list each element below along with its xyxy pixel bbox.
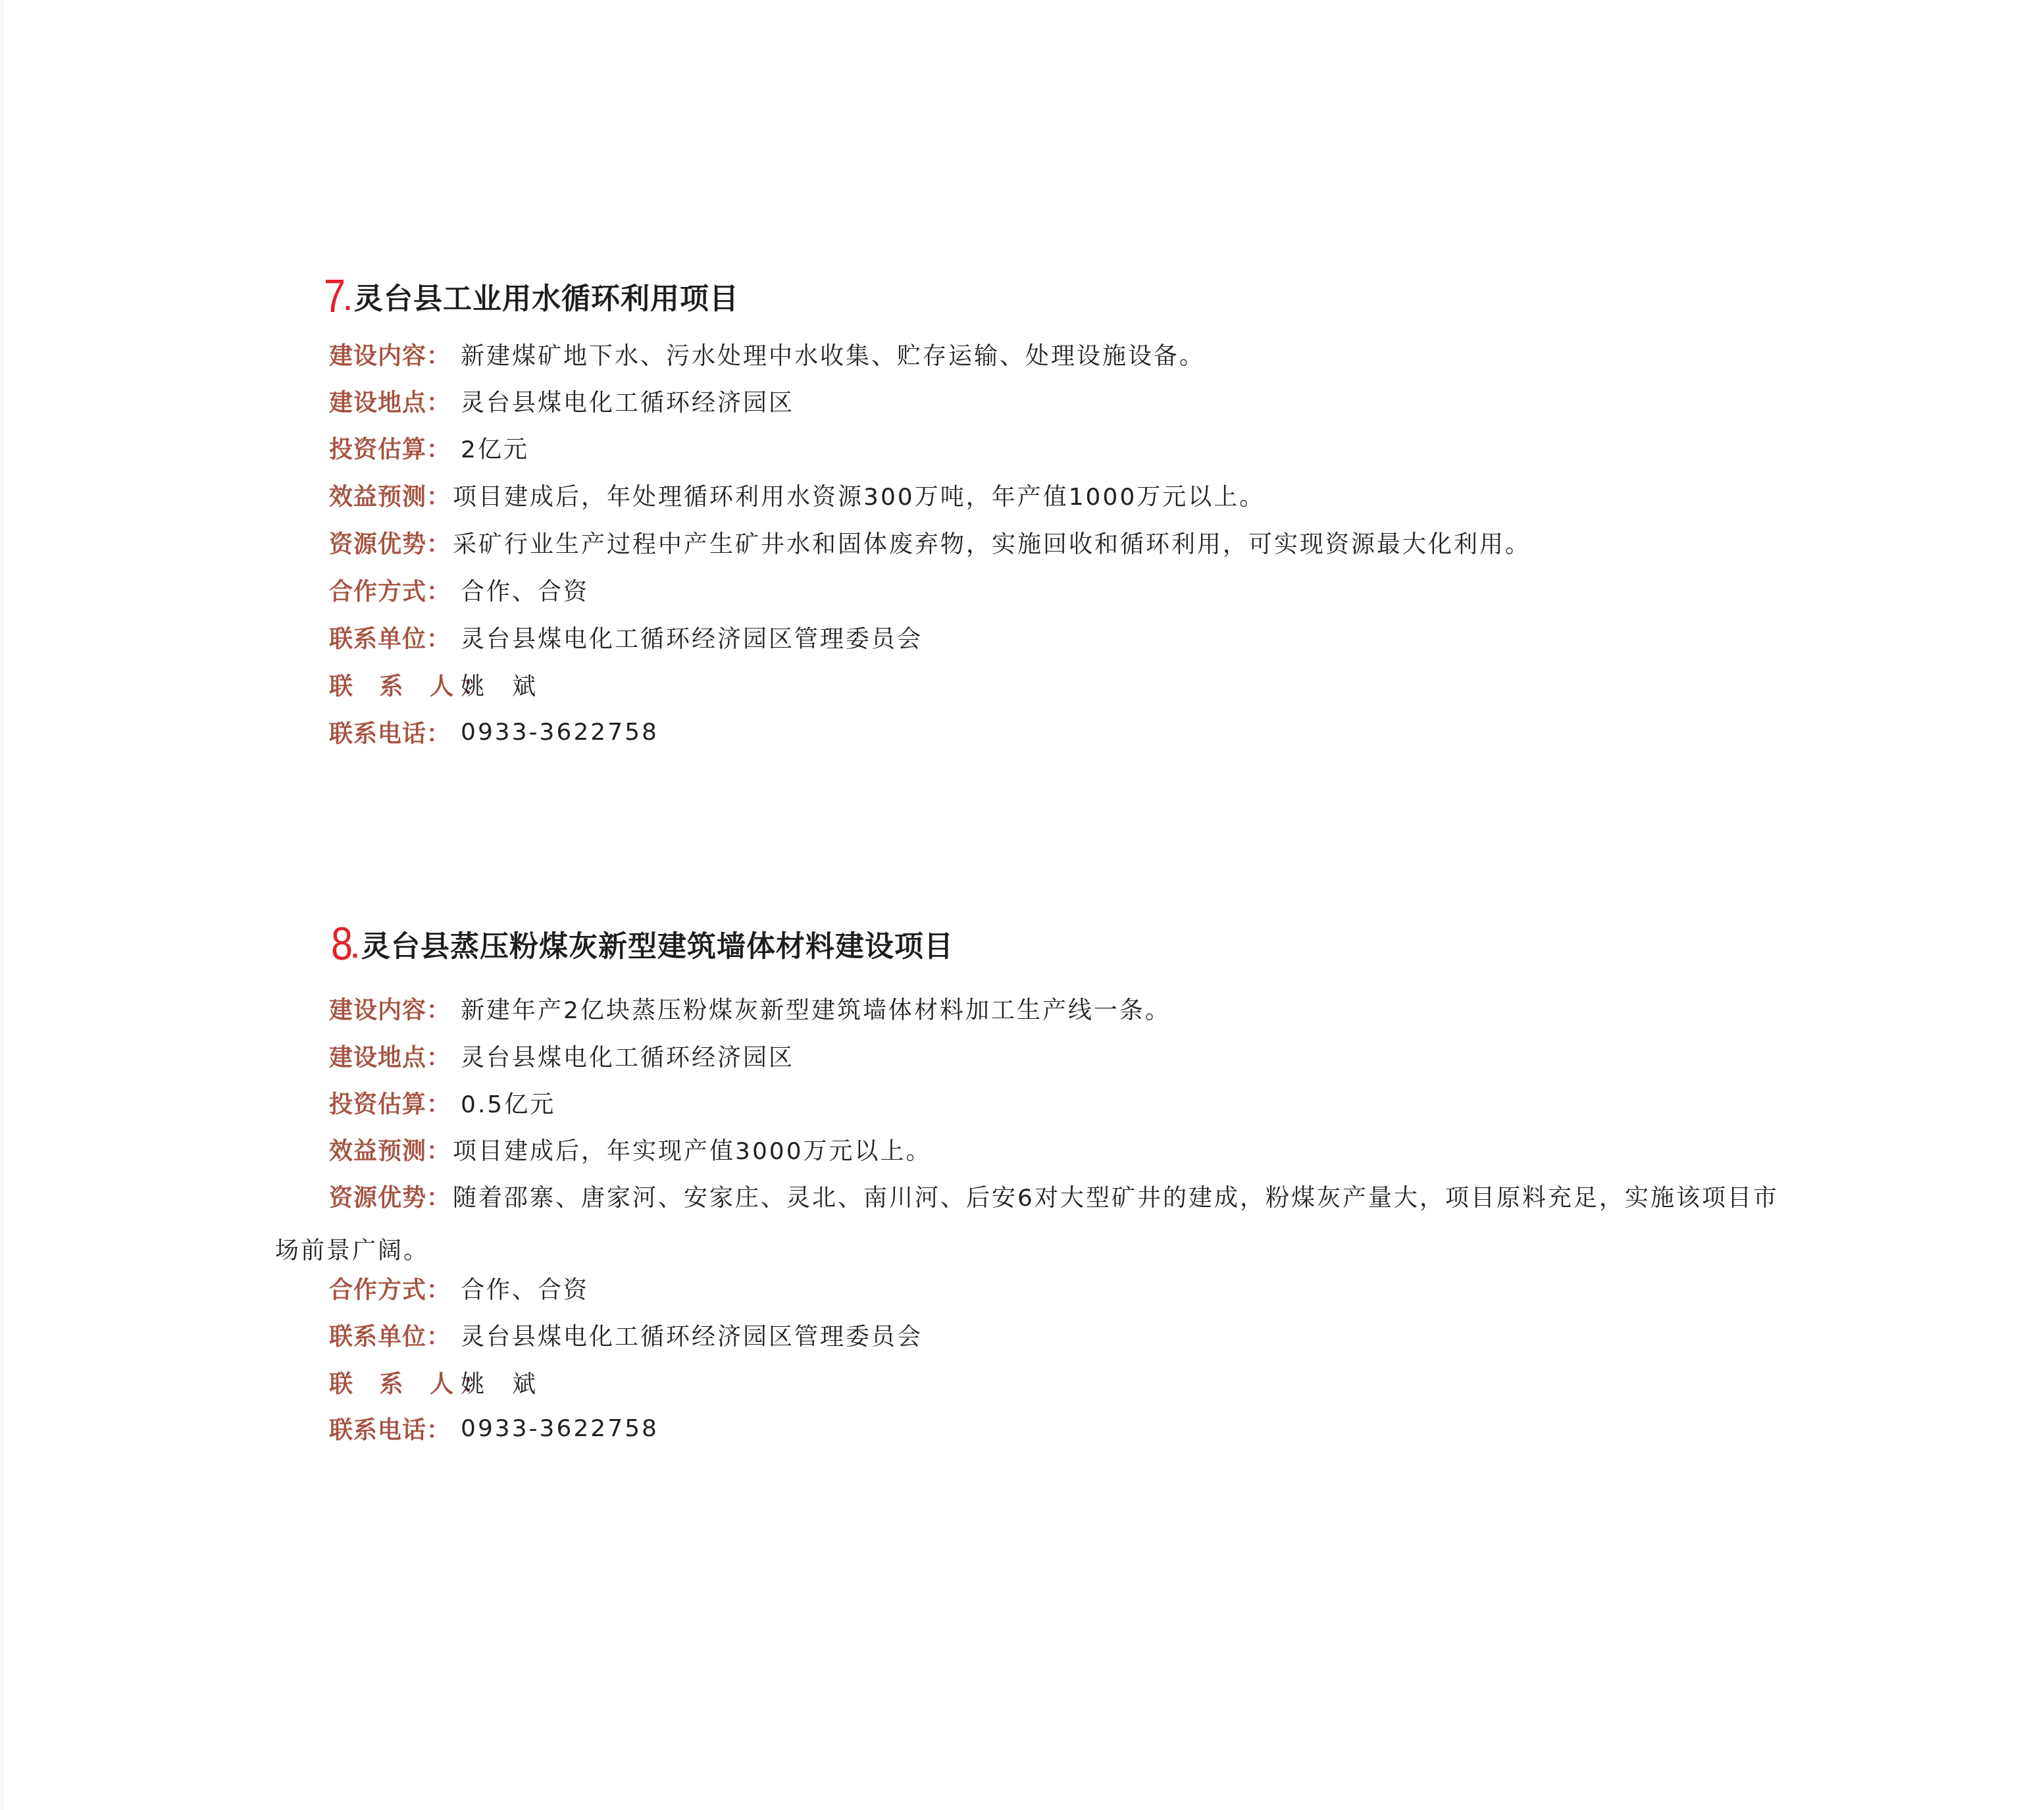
field-value: 2亿元 [461, 431, 529, 465]
field-label: 联 系 人： [329, 668, 461, 702]
field-label: 联 系 人： [329, 1366, 461, 1399]
field-value: 0.5亿元 [461, 1086, 555, 1120]
field-label: 建设内容： [329, 338, 461, 371]
project-number: 8 [331, 924, 351, 964]
field-resource: 资源优势： 采矿行业生产过程中产生矿井水和固体废弃物，实施回收和循环利用，可实现… [329, 527, 1531, 558]
field-content: 建设内容： 新建煤矿地下水、污水处理中水收集、贮存运输、处理设施设备。 [329, 338, 1205, 370]
field-value: 0933-3622758 [461, 1415, 659, 1442]
field-resource: 资源优势： 随着邵寨、唐家河、安家庄、灵北、南川河、后安6对大型矿井的建成，粉煤… [329, 1180, 1779, 1212]
field-value: 灵台县煤电化工循环经济园区管理委员会 [461, 621, 923, 654]
field-label: 效益预测： [329, 1133, 461, 1166]
field-label: 建设地点： [329, 1039, 461, 1073]
field-label: 合作方式： [329, 1272, 461, 1305]
field-label: 联系电话： [329, 715, 461, 749]
field-cooperation: 合作方式： 合作、合资 [329, 574, 589, 606]
field-value: 灵台县煤电化工循环经济园区管理委员会 [461, 1318, 923, 1352]
field-value: 合作、合资 [461, 1272, 589, 1305]
field-cooperation: 合作方式： 合作、合资 [329, 1272, 589, 1304]
field-value: 项目建成后，年实现产值3000万元以上。 [453, 1133, 932, 1166]
field-label: 效益预测： [329, 478, 461, 512]
project-number-dot: . [351, 935, 359, 964]
field-location: 建设地点： 灵台县煤电化工循环经济园区 [329, 1040, 794, 1072]
field-contact-person: 联 系 人： 姚 斌 [329, 1366, 538, 1398]
project-title-text: 灵台县工业用水循环利用项目 [354, 283, 739, 316]
field-value: 0933-3622758 [461, 719, 659, 746]
field-contact-phone: 联系电话： 0933-3622758 [329, 1412, 659, 1444]
field-label: 联系电话： [329, 1412, 461, 1445]
field-label: 投资估算： [329, 1086, 461, 1120]
field-benefit: 效益预测： 项目建成后，年实现产值3000万元以上。 [329, 1133, 932, 1165]
field-label: 联系单位： [329, 1318, 461, 1352]
field-value: 随着邵寨、唐家河、安家庄、灵北、南川河、后安6对大型矿井的建成，粉煤灰产量大，项… [453, 1179, 1779, 1213]
field-label: 建设内容： [329, 992, 461, 1025]
field-location: 建设地点： 灵台县煤电化工循环经济园区 [329, 385, 794, 417]
field-resource-continuation: 场前景广阔。 [275, 1233, 429, 1264]
page-edge [0, 0, 4, 1810]
field-label: 联系单位： [329, 621, 461, 654]
project-title-text: 灵台县蒸压粉煤灰新型建筑墙体材料建设项目 [361, 931, 954, 964]
field-label: 资源优势： [329, 1179, 461, 1213]
field-label: 投资估算： [329, 431, 461, 465]
project-number: 7 [324, 276, 344, 316]
project-title: 7 . 灵台县工业用水循环利用项目 [324, 276, 739, 316]
field-investment: 投资估算： 2亿元 [329, 432, 529, 463]
field-contact-person: 联 系 人： 姚 斌 [329, 669, 538, 700]
field-contact-unit: 联系单位： 灵台县煤电化工循环经济园区管理委员会 [329, 1319, 923, 1351]
field-investment: 投资估算： 0.5亿元 [329, 1087, 555, 1118]
field-label: 资源优势： [329, 526, 461, 559]
field-value: 项目建成后，年处理循环利用水资源300万吨，年产值1000万元以上。 [453, 478, 1265, 512]
field-value: 灵台县煤电化工循环经济园区 [461, 1039, 794, 1073]
field-label: 建设地点： [329, 384, 461, 418]
field-benefit: 效益预测： 项目建成后，年处理循环利用水资源300万吨，年产值1000万元以上。 [329, 479, 1265, 511]
project-title: 8 . 灵台县蒸压粉煤灰新型建筑墙体材料建设项目 [331, 924, 954, 964]
field-value: 姚 斌 [461, 668, 538, 702]
project-number-dot: . [344, 287, 351, 316]
field-value: 合作、合资 [461, 573, 589, 607]
field-value: 新建年产2亿块蒸压粉煤灰新型建筑墙体材料加工生产线一条。 [461, 992, 1171, 1025]
field-contact-phone: 联系电话： 0933-3622758 [329, 716, 659, 748]
field-contact-unit: 联系单位： 灵台县煤电化工循环经济园区管理委员会 [329, 621, 923, 653]
field-value: 灵台县煤电化工循环经济园区 [461, 384, 794, 418]
field-label: 合作方式： [329, 573, 461, 607]
field-value: 采矿行业生产过程中产生矿井水和固体废弃物，实施回收和循环利用，可实现资源最大化利… [453, 526, 1531, 559]
field-value: 新建煤矿地下水、污水处理中水收集、贮存运输、处理设施设备。 [461, 338, 1205, 371]
field-value: 姚 斌 [461, 1366, 538, 1399]
field-content: 建设内容： 新建年产2亿块蒸压粉煤灰新型建筑墙体材料加工生产线一条。 [329, 993, 1171, 1024]
